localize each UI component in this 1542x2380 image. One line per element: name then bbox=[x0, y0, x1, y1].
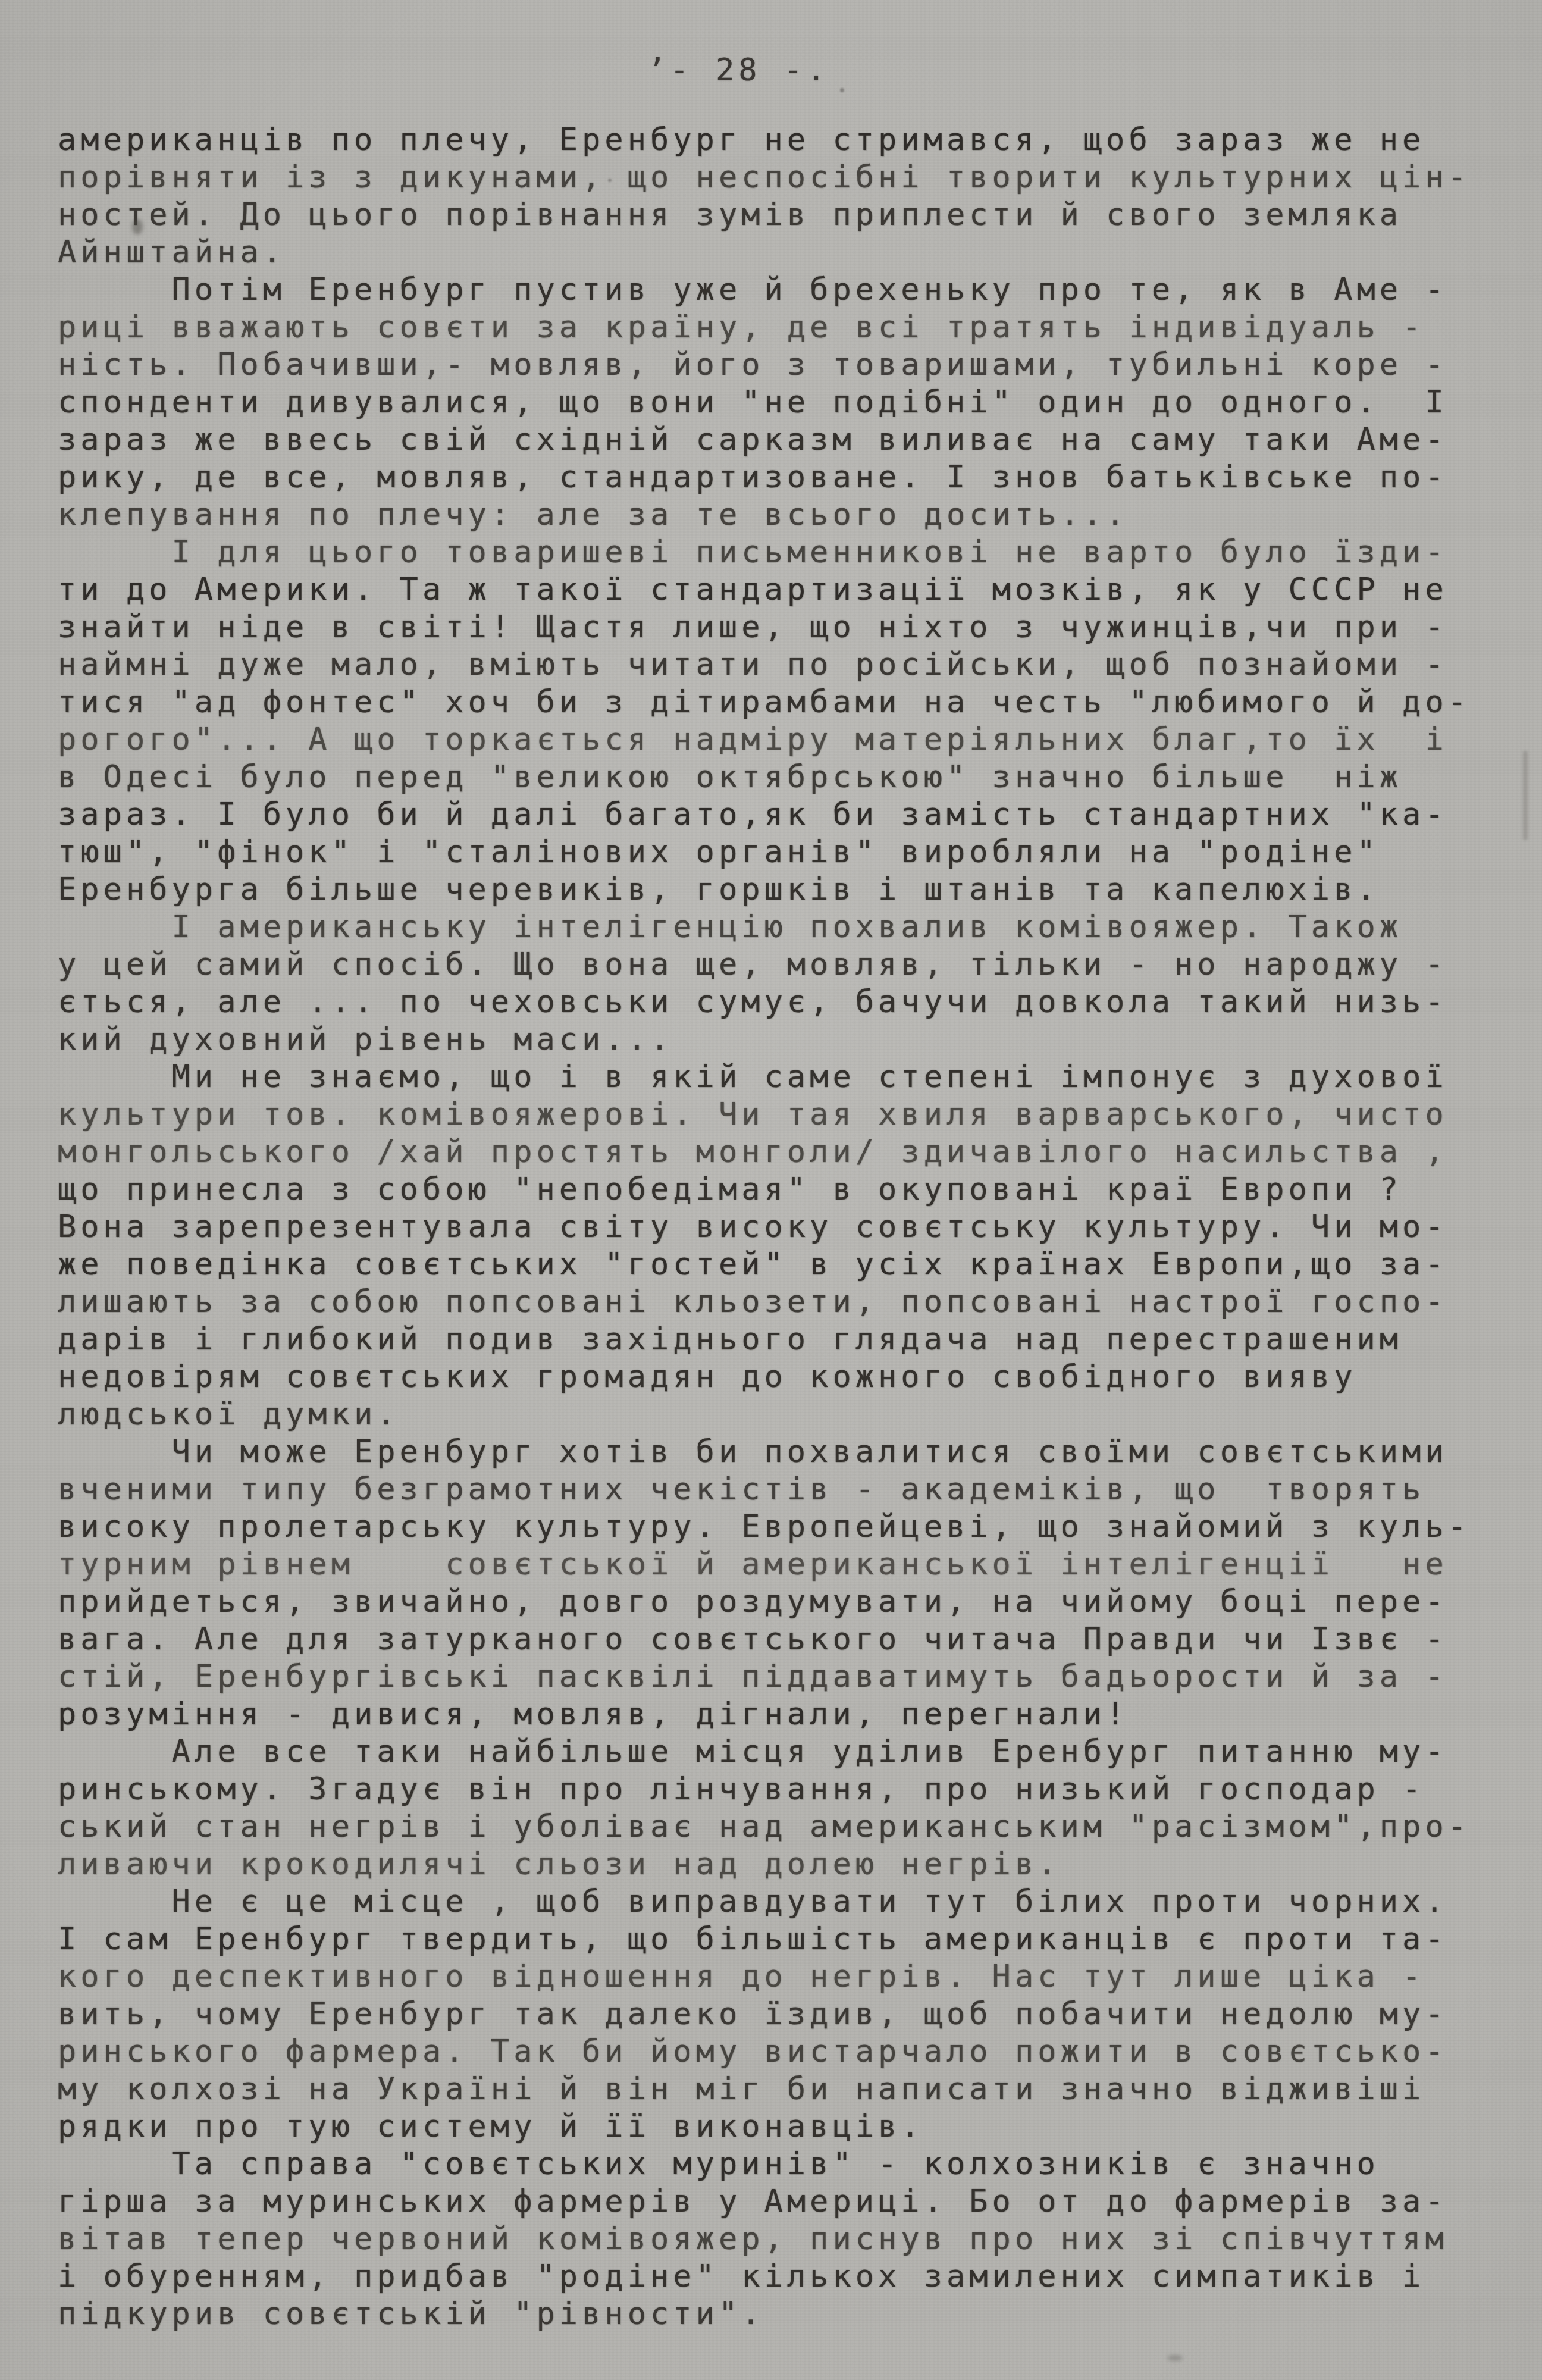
text-line: тюш", "фінок" і "сталінових органів" вир… bbox=[58, 834, 1515, 871]
paper-speck bbox=[1167, 2355, 1183, 2361]
text-line: кий духовний рівень маси... bbox=[58, 1021, 1515, 1059]
text-line: Чи може Еренбург хотів би похвалитися св… bbox=[58, 1433, 1515, 1471]
text-line: вченими типу безграмотних чекістів - ака… bbox=[58, 1471, 1515, 1508]
paper-speck bbox=[1523, 751, 1528, 840]
text-line: Не є це місце , щоб виправдувати тут біл… bbox=[58, 1883, 1515, 1921]
text-line: риці вважають совєти за країну, де всі т… bbox=[58, 309, 1515, 346]
text-line: людської думки. bbox=[58, 1396, 1515, 1433]
text-line: монгольського /хай простять монголи/ зди… bbox=[58, 1133, 1515, 1171]
page-number: ’- 28 -. bbox=[647, 52, 829, 88]
text-line: І сам Еренбург твердить, що більшість ам… bbox=[58, 1921, 1515, 1958]
text-line: зараз же ввесь свій східній сарказм вили… bbox=[58, 421, 1515, 459]
text-line: ливаючи крокодилячі сльози над долею нег… bbox=[58, 1846, 1515, 1883]
text-line: прийдеться, звичайно, довго роздумувати,… bbox=[58, 1583, 1515, 1621]
text-line: кого деспективного відношення до негрів.… bbox=[58, 1958, 1515, 1996]
text-line: гірша за муринських фармерів у Америці. … bbox=[58, 2183, 1515, 2221]
text-line: рогого"... А що торкається надміру матер… bbox=[58, 721, 1515, 759]
text-line: же поведінка совєтських "гостей" в усіх … bbox=[58, 1246, 1515, 1283]
document-body-text: американців по плечу, Еренбург не стрима… bbox=[58, 121, 1515, 2333]
text-line: Ми не знаємо, що і в якій саме степені і… bbox=[58, 1059, 1515, 1096]
text-line: що принесла з собою "непобедімая" в окуп… bbox=[58, 1171, 1515, 1208]
text-line: дарів і глибокий подив західнього глядач… bbox=[58, 1321, 1515, 1358]
text-line: Потім Еренбург пустив уже й брехеньку пр… bbox=[58, 271, 1515, 309]
text-line: Вона зарепрезентувала світу високу совєт… bbox=[58, 1208, 1515, 1246]
text-line: ється, але ... по чеховськи сумує, бачуч… bbox=[58, 984, 1515, 1021]
text-line: Айнштайна. bbox=[58, 234, 1515, 271]
text-line: рядки про тую систему й її виконавців. bbox=[58, 2108, 1515, 2146]
text-line: вить, чому Еренбург так далеко їздив, що… bbox=[58, 1996, 1515, 2033]
text-line: Та справа "совєтських муринів" - колхозн… bbox=[58, 2146, 1515, 2183]
text-line: зараз. І було би й далі багато,як би зам… bbox=[58, 796, 1515, 834]
text-line: ність. Побачивши,- мовляв, його з товари… bbox=[58, 346, 1515, 384]
document-page: ’- 28 -. американців по плечу, Еренбург … bbox=[0, 0, 1542, 2380]
text-line: вага. Але для затурканого совєтського чи… bbox=[58, 1621, 1515, 1658]
text-line: ти до Америки. Та ж такої стандартизації… bbox=[58, 571, 1515, 609]
text-line: розуміння - дивися, мовляв, дігнали, пер… bbox=[58, 1696, 1515, 1733]
text-line: тися "ад фонтес" хоч би з дітирамбами на… bbox=[58, 684, 1515, 721]
text-line: культури тов. комівояжерові. Чи тая хвил… bbox=[58, 1096, 1515, 1133]
text-line: ринського фармера. Так би йому вистарчал… bbox=[58, 2033, 1515, 2071]
text-line: ський стан негрів і уболіває над америка… bbox=[58, 1808, 1515, 1846]
text-line: Еренбурга більше черевиків, горшків і шт… bbox=[58, 871, 1515, 909]
text-line: у цей самий спосіб. Що вона ще, мовляв, … bbox=[58, 946, 1515, 984]
text-line: ностей. До цього порівнання зумів припле… bbox=[58, 196, 1515, 234]
text-line: вітав тепер червоний комівояжер, писнув … bbox=[58, 2221, 1515, 2258]
text-line: підкурив совєтській "рівности". bbox=[58, 2296, 1515, 2333]
text-line: клепування по плечу: але за те всього до… bbox=[58, 496, 1515, 534]
text-line: високу пролетарську культуру. Европейцев… bbox=[58, 1508, 1515, 1546]
text-line: Але все таки найбільше місця уділив Ерен… bbox=[58, 1733, 1515, 1771]
text-line: наймні дуже мало, вміють читати по росій… bbox=[58, 646, 1515, 684]
text-line: лишають за собою попсовані кльозети, поп… bbox=[58, 1283, 1515, 1321]
paper-speck bbox=[840, 88, 844, 92]
text-line: спонденти дивувалися, що вони "не подібн… bbox=[58, 384, 1515, 421]
text-line: І американську інтелігенцію похвалив ком… bbox=[58, 909, 1515, 946]
text-line: турним рівнем совєтської й американської… bbox=[58, 1546, 1515, 1583]
text-line: стій, Еренбургівські пасквілі піддаватим… bbox=[58, 1658, 1515, 1696]
text-line: американців по плечу, Еренбург не стрима… bbox=[58, 121, 1515, 159]
text-line: ринському. Згадує він про лінчування, пр… bbox=[58, 1771, 1515, 1808]
text-line: І для цього товаришеві письменникові не … bbox=[58, 534, 1515, 571]
text-line: і обуренням, придбав "родіне" кількох за… bbox=[58, 2258, 1515, 2296]
text-line: недовірям совєтських громадян до кожного… bbox=[58, 1358, 1515, 1396]
text-line: знайти ніде в світі! Щастя лише, що ніхт… bbox=[58, 609, 1515, 646]
text-line: в Одесі було перед "великою октябрською"… bbox=[58, 759, 1515, 796]
text-line: му колхозі на Україні й він міг би напис… bbox=[58, 2071, 1515, 2108]
text-line: порівняти із з дикунами, що неспосібні т… bbox=[58, 159, 1515, 196]
text-line: рику, де все, мовляв, стандартизоване. І… bbox=[58, 459, 1515, 496]
